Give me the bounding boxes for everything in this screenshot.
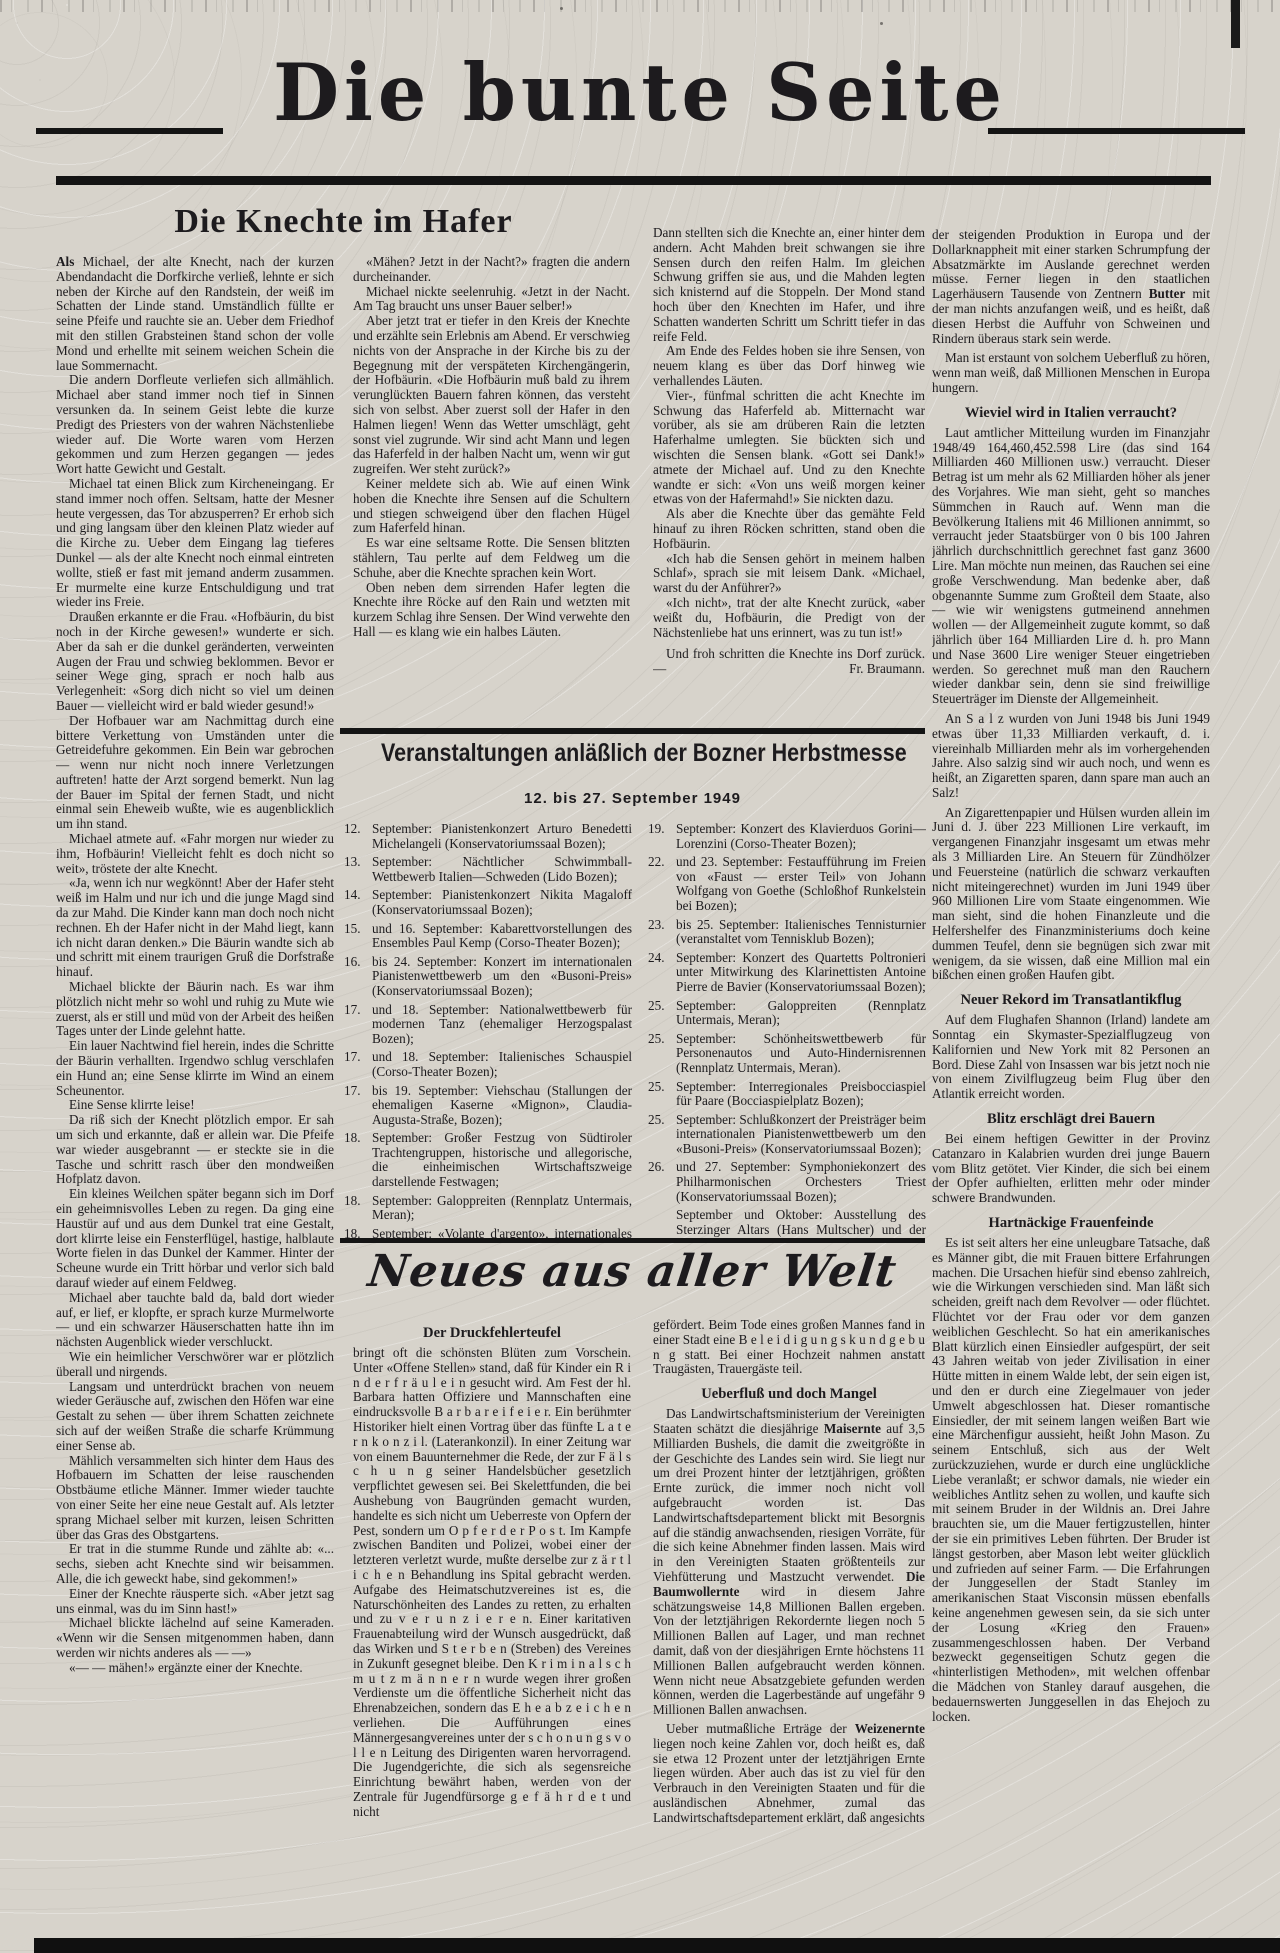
story-col1-para: Mählich versammelten sich hinter dem Hau… <box>56 1454 334 1543</box>
news-a-para: bringt oft die schönsten Blüten zum Vors… <box>353 1346 631 1820</box>
event-right-item: 24.September: Konzert des Quartetts Polt… <box>648 951 926 995</box>
event-left-date: 12. <box>344 822 370 837</box>
story-col2-para: Michael nickte seelenruhig. «Jetzt in de… <box>353 285 630 315</box>
event-right-item: 25.September: Schlußkonzert der Preisträ… <box>648 1113 926 1157</box>
story-col2-text: Aber jetzt trat er tiefer in den Kreis d… <box>353 313 630 476</box>
masthead-rule-right <box>988 128 1245 134</box>
event-right-text: September: Konzert des Quartetts Poltron… <box>676 950 926 994</box>
right-col-bold-text: Butter <box>1149 286 1186 301</box>
right-col-para: Man ist erstaunt von solchem Ueberfluß z… <box>932 351 1210 395</box>
story-col1-para: Ein kleines Weilchen später begann sich … <box>56 1187 334 1291</box>
story-col2-para: Keiner meldete sich ab. Wie auf einen Wi… <box>353 477 630 536</box>
story-col2-text: Oben neben dem sirrenden Hafer legten di… <box>353 580 630 639</box>
right-col-heading: Hartnäckige Frauenfeinde <box>932 1215 1210 1232</box>
event-right-date: 24. <box>648 951 674 966</box>
story-col3-text: Dann stellten sich die Knechte an, einer… <box>653 226 925 344</box>
story-col1-para: Ein lauer Nachtwind fiel herein, indes d… <box>56 1039 334 1098</box>
story-col2-text: Michael nickte seelenruhig. «Jetzt in de… <box>353 284 630 314</box>
events-list-right: 19.September: Konzert des Klavierduos Go… <box>648 822 926 1240</box>
events-title: Veranstaltungen anläßlich der Bozner Her… <box>381 736 884 770</box>
right-col-para: Bei einem heftigen Gewitter in der Provi… <box>932 1132 1210 1206</box>
event-left-date: 15. <box>344 922 370 937</box>
story-column-1: Als Michael, der alte Knecht, nach der k… <box>56 255 334 1865</box>
event-right-item: 23.bis 25. September: Italienisches Tenn… <box>648 918 926 947</box>
story-col1-text: Draußen erkannte er die Frau. «Hofbäurin… <box>56 609 334 713</box>
event-left-item: 16.bis 24. September: Konzert im interna… <box>344 955 632 999</box>
story-col1-text: Er trat in die stumme Runde und zählte a… <box>56 1541 334 1586</box>
event-left-date: 18. <box>344 1194 370 1209</box>
story-col3-text: «Ich hab die Sensen gehört in meinem hal… <box>653 551 925 596</box>
event-right-date: 26. <box>648 1160 674 1175</box>
story-col1-text: Die andern Dorfleute verliefen sich allm… <box>56 372 334 476</box>
event-left-item: 12.September: Pianistenkonzert Arturo Be… <box>344 822 632 851</box>
story-col2-text: Keiner meldete sich ab. Wie auf einen Wi… <box>353 476 630 535</box>
right-col-text: Bei einem heftigen Gewitter in der Provi… <box>932 1131 1210 1205</box>
story-col2-para: Aber jetzt trat er tiefer in den Kreis d… <box>353 314 630 477</box>
news-section-title: Neues aus aller Welt <box>337 1246 928 1298</box>
story-headline: Die Knechte im Hafer <box>56 202 631 242</box>
event-right-item: 19.September: Konzert des Klavierduos Go… <box>648 822 926 851</box>
news-column-right: der steigenden Produktion in Europa und … <box>932 228 1210 1864</box>
news-b-text: auf 3,5 Milliarden Bushels, die damit di… <box>653 1421 925 1584</box>
event-right-item: 25.September: Galoppreiten (Rennplatz Un… <box>648 999 926 1028</box>
right-col-text: Auf dem Flughafen Shannon (Irland) lande… <box>932 1012 1210 1101</box>
news-b-para: Ueber mutmaßliche Erträge der Weizenernt… <box>653 1722 925 1826</box>
story-col3-para: Dann stellten sich die Knechte an, einer… <box>653 226 925 344</box>
event-right-text: September und Oktober: Ausstellung des S… <box>676 1207 926 1240</box>
events-list-left: 12.September: Pianistenkonzert Arturo Be… <box>344 822 632 1240</box>
event-right-date: 25. <box>648 1113 674 1128</box>
story-col3-para: Am Ende des Feldes hoben sie ihre Sensen… <box>653 344 925 388</box>
event-right-text: September: Galoppreiten (Rennplatz Unter… <box>676 998 926 1028</box>
right-col-heading: Neuer Rekord im Transatlantikflug <box>932 992 1210 1009</box>
story-col2-text: «Mähen? Jetzt in der Nacht?» fragten die… <box>353 255 630 284</box>
story-col2-para: Oben neben dem sirrenden Hafer legten di… <box>353 581 630 640</box>
story-col1-para: Da riß sich der Knecht plötzlich empor. … <box>56 1113 334 1187</box>
story-col1-para: Als Michael, der alte Knecht, nach der k… <box>56 255 334 373</box>
page-bottom-bar <box>34 1938 1280 1953</box>
story-col1-text: Michael tat einen Blick zum Kircheneinga… <box>56 476 334 609</box>
story-col3-para: «Ich hab die Sensen gehört in meinem hal… <box>653 552 925 596</box>
right-col-para: An S a l z wurden von Juni 1948 bis Juni… <box>932 712 1210 801</box>
event-left-text: bis 24. September: Konzert im internatio… <box>372 954 632 998</box>
event-left-item: 17.bis 19. September: Viehschau (Stallun… <box>344 1084 632 1128</box>
event-left-date: 13. <box>344 855 370 870</box>
scan-speck <box>214 330 217 333</box>
news-a-heading: Der Druckfehlerteufel <box>353 1325 631 1342</box>
story-col2-para: Es war eine seltsame Rotte. Die Sensen b… <box>353 536 630 580</box>
right-col-para: Auf dem Flughafen Shannon (Irland) lande… <box>932 1013 1210 1102</box>
story-col1-para: Einer der Knechte räusperte sich. «Aber … <box>56 1587 334 1617</box>
story-col3-para: Als aber die Knechte über das gemähte Fe… <box>653 507 925 551</box>
event-right-item: 22.und 23. September: Festaufführung im … <box>648 855 926 913</box>
story-col1-para: Michael tat einen Blick zum Kircheneinga… <box>56 477 334 610</box>
story-col1-bold-text: Als <box>56 255 74 269</box>
story-col1-para: Er trat in die stumme Runde und zählte a… <box>56 1542 334 1586</box>
event-right-text: bis 25. September: Italienisches Tennist… <box>676 917 926 947</box>
event-left-date: 17. <box>344 1003 370 1018</box>
story-col1-text: Wie ein heimlicher Verschwörer war er pl… <box>56 1349 334 1379</box>
story-column-2: «Mähen? Jetzt in der Nacht?» fragten die… <box>353 255 630 721</box>
page-title: Die bunte Seite <box>273 46 1007 140</box>
events-box-rule-top <box>340 728 925 734</box>
right-col-text: Laut amtlicher Mitteilung wurden im Fina… <box>932 425 1210 706</box>
story-col1-text: Der Hofbauer war am Nachmittag durch ein… <box>56 713 334 832</box>
event-left-date: 14. <box>344 888 370 903</box>
masthead-rule-left <box>36 128 223 134</box>
story-col1-text: «— — mähen!» ergänzte einer der Knechte. <box>69 1660 303 1675</box>
story-col1-para: Eine Sense klirrte leise! <box>56 1098 334 1113</box>
event-left-text: und 18. September: Italienisches Schausp… <box>372 1049 632 1079</box>
news-b-text: liegen noch keine Zahlen vor, doch heißt… <box>653 1736 925 1825</box>
event-right-item: September und Oktober: Ausstellung des S… <box>648 1208 926 1240</box>
event-right-item: 26.und 27. September: Symphoniekonzert d… <box>648 1160 926 1204</box>
news-column-b: gefördert. Beim Tode eines großen Mannes… <box>653 1318 925 1864</box>
event-right-text: September: Konzert des Klavierduos Gorin… <box>676 822 926 851</box>
event-left-item: 18.September: Galoppreiten (Rennplatz Un… <box>344 1194 632 1223</box>
event-left-text: September: Galoppreiten (Rennplatz Unter… <box>372 1193 632 1223</box>
masthead: Die bunte Seite <box>0 48 1280 138</box>
event-left-date: 16. <box>344 955 370 970</box>
story-col1-text: Michael aber tauchte bald da, bald dort … <box>56 1290 334 1349</box>
event-right-date: 22. <box>648 855 674 870</box>
news-b-text: gefördert. Beim Tode eines großen Mannes… <box>653 1318 925 1376</box>
event-right-date: 25. <box>648 1080 674 1095</box>
event-left-text: und 16. September: Kabarettvorstellungen… <box>372 921 632 951</box>
story-col1-para: Draußen erkannte er die Frau. «Hofbäurin… <box>56 610 334 714</box>
story-col1-text: Langsam und unterdrückt brachen von neue… <box>56 1379 334 1453</box>
story-col1-text: Michael blickte lächelnd auf seine Kamer… <box>56 1615 334 1660</box>
story-col2-para: «Mähen? Jetzt in der Nacht?» fragten die… <box>353 255 630 285</box>
news-b-text: Ueber mutmaßliche Erträge der <box>666 1721 855 1736</box>
event-right-text: und 27. September: Symphoniekonzert des … <box>676 1159 926 1203</box>
story-col1-para: Wie ein heimlicher Verschwörer war er pl… <box>56 1350 334 1380</box>
news-column-a: Der Druckfehlerteufelbringt oft die schö… <box>353 1316 631 1864</box>
scan-noise-band <box>0 0 1280 12</box>
event-left-item: 18.September: Großer Festzug von Südtiro… <box>344 1131 632 1189</box>
event-left-date: 17. <box>344 1084 370 1099</box>
right-col-heading: Blitz erschlägt drei Bauern <box>932 1111 1210 1128</box>
story-col1-text: Einer der Knechte räusperte sich. «Aber … <box>56 1586 334 1616</box>
event-right-text: September: Schönheitswettbewerb für Pers… <box>676 1031 926 1075</box>
story-col1-text: Michael blickte der Bäurin nach. Es war … <box>56 979 334 1038</box>
news-b-para: Das Landwirtschaftsministerium der Verei… <box>653 1407 925 1718</box>
story-col3-text: «Ich nicht», trat der alte Knecht zurück… <box>653 595 925 640</box>
events-box-rule-bottom <box>340 1238 925 1243</box>
story-col1-text: Michael atmete auf. «Fahr morgen nur wie… <box>56 831 334 876</box>
story-col1-para: Michael atmete auf. «Fahr morgen nur wie… <box>56 832 334 876</box>
event-left-date: 17. <box>344 1050 370 1065</box>
event-left-item: 13.September: Nächtlicher Schwimmball-We… <box>344 855 632 884</box>
right-col-heading: Wieviel wird in Italien verraucht? <box>932 405 1210 422</box>
event-right-date: 25. <box>648 1032 674 1047</box>
story-col1-text: Mählich versammelten sich hinter dem Hau… <box>56 1453 334 1542</box>
event-left-item: 17.und 18. September: Italienisches Scha… <box>344 1050 632 1079</box>
event-left-item: 15.und 16. September: Kabarettvorstellun… <box>344 922 632 951</box>
scan-speck <box>880 22 883 25</box>
event-right-date: 23. <box>648 918 674 933</box>
events-subtitle: 12. bis 27. September 1949 <box>340 790 925 807</box>
story-col1-text: Michael, der alte Knecht, nach der kurze… <box>56 255 334 373</box>
story-col1-para: Michael blickte der Bäurin nach. Es war … <box>56 980 334 1039</box>
story-col3-para: Vier-, fünfmal schritten die acht Knecht… <box>653 389 925 507</box>
right-col-text: An S a l z wurden von Juni 1948 bis Juni… <box>932 711 1210 800</box>
story-col1-para: Der Hofbauer war am Nachmittag durch ein… <box>56 714 334 832</box>
event-right-text: September: Schlußkonzert der Preisträger… <box>676 1112 926 1156</box>
story-col1-para: Michael blickte lächelnd auf seine Kamer… <box>56 1616 334 1660</box>
right-col-para: der steigenden Produktion in Europa und … <box>932 228 1210 346</box>
right-col-para: An Zigarettenpapier und Hülsen wurden al… <box>932 806 1210 984</box>
masthead-underline-rule <box>56 176 1211 185</box>
news-b-bold-text: Maisernte <box>824 1421 881 1436</box>
event-left-text: September: Großer Festzug von Südtiroler… <box>372 1130 632 1189</box>
event-right-date: 25. <box>648 999 674 1014</box>
event-left-text: bis 19. September: Viehschau (Stallungen… <box>372 1083 632 1127</box>
event-left-item: 14.September: Pianistenkonzert Nikita Ma… <box>344 888 632 917</box>
story-col1-text: Da riß sich der Knecht plötzlich empor. … <box>56 1112 334 1186</box>
event-left-text: September: Nächtlicher Schwimmball-Wettb… <box>372 854 632 884</box>
event-left-text: September: Pianistenkonzert Nikita Magal… <box>372 887 632 917</box>
right-col-para: Laut amtlicher Mitteilung wurden im Fina… <box>932 426 1210 707</box>
news-b-bold-text: Weizenernte <box>855 1721 925 1736</box>
story-col3-text: Am Ende des Feldes hoben sie ihre Sensen… <box>653 343 925 388</box>
scan-speck <box>560 7 563 10</box>
story-author: Fr. Braumann. <box>836 662 925 677</box>
story-col3-text: Als aber die Knechte über das gemähte Fe… <box>653 506 925 551</box>
event-right-item: 25.September: Interregionales Preisbocci… <box>648 1080 926 1109</box>
story-col1-para: Michael aber tauchte bald da, bald dort … <box>56 1291 334 1350</box>
event-right-text: September: Interregionales Preisbocciasp… <box>676 1079 926 1109</box>
right-col-text: An Zigarettenpapier und Hülsen wurden al… <box>932 805 1210 983</box>
event-left-date: 18. <box>344 1131 370 1146</box>
story-col1-text: Ein lauer Nachtwind fiel herein, indes d… <box>56 1038 334 1097</box>
news-b-para: gefördert. Beim Tode eines großen Mannes… <box>653 1318 925 1377</box>
story-col1-para: Die andern Dorfleute verliefen sich allm… <box>56 373 334 477</box>
right-col-para: Es ist seit alters her eine unleugbare T… <box>932 1236 1210 1724</box>
story-col1-text: Ein kleines Weilchen später begann sich … <box>56 1186 334 1290</box>
event-left-text: und 18. September: Nationalwettbewerb fü… <box>372 1002 632 1046</box>
story-col3-para: Und froh schritten die Knechte ins Dorf … <box>653 647 925 677</box>
event-left-text: September: Pianistenkonzert Arturo Bened… <box>372 822 632 851</box>
story-col3-para: «Ich nicht», trat der alte Knecht zurück… <box>653 596 925 640</box>
story-col3-text: Vier-, fünfmal schritten die acht Knecht… <box>653 388 925 507</box>
story-col1-text: «Ja, wenn ich nur wegkönnt! Aber der Haf… <box>56 875 334 979</box>
event-right-date: 19. <box>648 822 674 837</box>
event-left-item: 17.und 18. September: Nationalwettbewerb… <box>344 1003 632 1047</box>
news-a-text: bringt oft die schönsten Blüten zum Vors… <box>353 1345 631 1819</box>
story-col1-para: Langsam und unterdrückt brachen von neue… <box>56 1380 334 1454</box>
event-right-text: und 23. September: Festaufführung im Fre… <box>676 854 926 913</box>
news-b-heading: Ueberfluß und doch Mangel <box>653 1386 925 1403</box>
scan-edge-mark <box>1231 0 1240 48</box>
story-col1-text: Eine Sense klirrte leise! <box>69 1097 195 1112</box>
story-column-3: Dann stellten sich die Knechte an, einer… <box>653 226 925 726</box>
story-col1-para: «Ja, wenn ich nur wegkönnt! Aber der Haf… <box>56 876 334 980</box>
news-b-text: wird in diesem Jahre schätzungsweise 14,… <box>653 1584 925 1717</box>
story-col2-text: Es war eine seltsame Rotte. Die Sensen b… <box>353 535 630 580</box>
newspaper-page: Die bunte Seite Die Knechte im Hafer Als… <box>0 0 1280 1953</box>
right-col-text: Man ist erstaunt von solchem Ueberfluß z… <box>932 350 1210 395</box>
right-col-text: Es ist seit alters her eine unleugbare T… <box>932 1235 1210 1724</box>
event-right-item: 25.September: Schönheitswettbewerb für P… <box>648 1032 926 1076</box>
story-col1-para: «— — mähen!» ergänzte einer der Knechte. <box>56 1661 334 1676</box>
